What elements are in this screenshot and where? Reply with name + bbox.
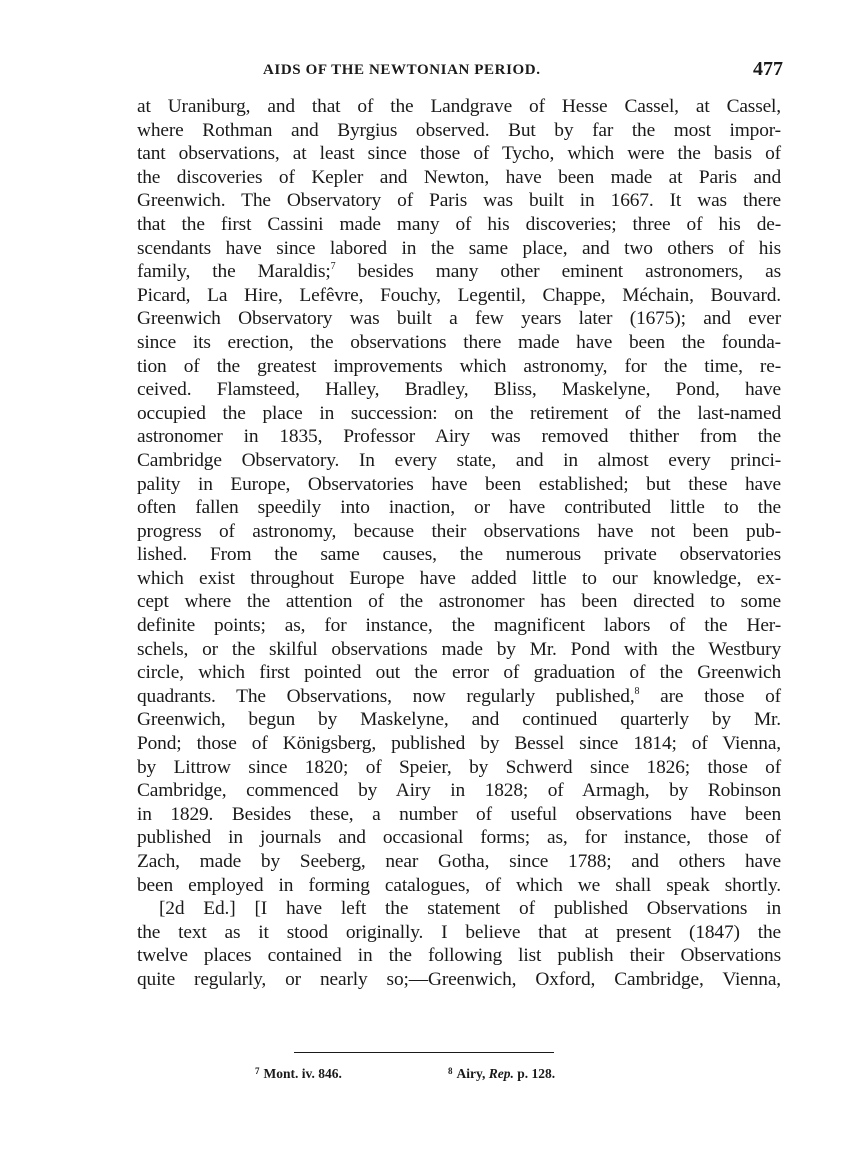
text-line: schels, or the skilful observations made…: [137, 638, 781, 662]
running-title: AIDS OF THE NEWTONIAN PERIOD.: [263, 62, 541, 79]
footnote-text: p. 128.: [514, 1066, 555, 1081]
text-line: Picard, La Hire, Lefêvre, Fouchy, Legent…: [137, 284, 781, 308]
text-line: the text as it stood originally. I belie…: [137, 921, 781, 945]
text-line: Pond; those of Königsberg, published by …: [137, 732, 781, 756]
text-line: in 1829. Besides these, a number of usef…: [137, 803, 781, 827]
page-number: 477: [753, 58, 783, 81]
text-line: family, the Maraldis;7 besides many othe…: [137, 260, 781, 284]
text-line: cept where the attention of the astronom…: [137, 590, 781, 614]
text-line: lished. From the same causes, the numero…: [137, 543, 781, 567]
text-line: scendants have since labored in the same…: [137, 237, 781, 261]
text-line: quite regularly, or nearly so;—Greenwich…: [137, 968, 781, 992]
text-line: Greenwich. The Observatory of Paris was …: [137, 189, 781, 213]
text-line: been employed in forming catalogues, of …: [137, 874, 781, 898]
text-line: Greenwich, begun by Maskelyne, and conti…: [137, 708, 781, 732]
text-line-paragraph-start: [2d Ed.] [I have left the statement of p…: [137, 897, 781, 921]
text-line: circle, which first pointed out the erro…: [137, 661, 781, 685]
text-segment: are those of: [639, 686, 781, 707]
text-line: since its erection, the observations the…: [137, 331, 781, 355]
footnote-text: Mont. iv. 846.: [264, 1066, 342, 1081]
running-head: AIDS OF THE NEWTONIAN PERIOD. 477: [263, 58, 783, 82]
text-line: quadrants. The Observations, now regular…: [137, 685, 781, 709]
footnote-8: 8Airy, Rep. p. 128.: [448, 1066, 555, 1082]
text-line: Cambridge Observatory. In every state, a…: [137, 449, 781, 473]
text-line: at Uraniburg, and that of the Landgrave …: [137, 95, 781, 119]
text-line: progress of astronomy, because their obs…: [137, 520, 781, 544]
footnote-7: 7Mont. iv. 846.: [255, 1066, 342, 1082]
text-line: pality in Europe, Observatories have bee…: [137, 473, 781, 497]
text-line: often fallen speedily into inaction, or …: [137, 496, 781, 520]
footnote-divider: [294, 1052, 554, 1053]
text-line: ceived. Flamsteed, Halley, Bradley, Blis…: [137, 378, 781, 402]
text-segment: quadrants. The Observations, now regular…: [137, 686, 635, 707]
text-line: Cambridge, commenced by Airy in 1828; of…: [137, 779, 781, 803]
text-line: published in journals and occasional for…: [137, 826, 781, 850]
text-segment: besides many other eminent astronomers, …: [335, 261, 781, 282]
text-line: where Rothman and Byrgius observed. But …: [137, 119, 781, 143]
text-segment: family, the Maraldis;: [137, 261, 331, 282]
text-line: twelve places contained in the following…: [137, 944, 781, 968]
footnote-mark: 7: [255, 1066, 260, 1076]
footnote-text: Airy,: [457, 1066, 489, 1081]
text-line: astronomer in 1835, Professor Airy was r…: [137, 425, 781, 449]
body-text: at Uraniburg, and that of the Landgrave …: [137, 95, 781, 992]
text-line: by Littrow since 1820; of Speier, by Sch…: [137, 756, 781, 780]
text-line: Greenwich Observatory was built a few ye…: [137, 307, 781, 331]
footnote-italic-title: Rep.: [489, 1066, 514, 1081]
text-line: tion of the greatest improvements which …: [137, 355, 781, 379]
text-line: which exist throughout Europe have added…: [137, 567, 781, 591]
text-line: definite points; as, for instance, the m…: [137, 614, 781, 638]
text-line: the discoveries of Kepler and Newton, ha…: [137, 166, 781, 190]
text-line: tant observations, at least since those …: [137, 142, 781, 166]
text-line: Zach, made by Seeberg, near Gotha, since…: [137, 850, 781, 874]
text-line: occupied the place in succession: on the…: [137, 402, 781, 426]
text-line: that the first Cassini made many of his …: [137, 213, 781, 237]
footnote-mark: 8: [448, 1066, 453, 1076]
